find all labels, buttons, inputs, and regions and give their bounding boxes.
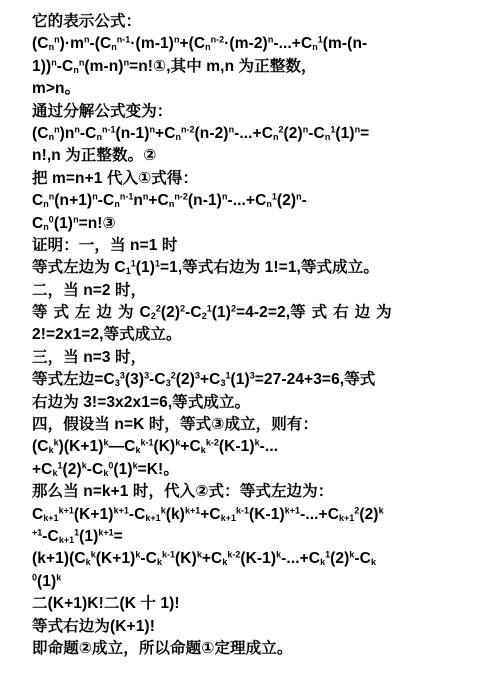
document-line-7: n!,n 为正整数。② [32,145,480,167]
superscript: k+1 [98,527,113,537]
superscript: n [150,124,156,134]
superscript: 1 [225,371,230,381]
document-line-11: 证明：一，当 n=1 时 [32,235,480,257]
superscript: n [296,192,302,202]
superscript: 2 [156,304,161,314]
superscript: 1 [330,124,335,134]
superscript: n [124,57,130,67]
document-line-18: 右边为 3!=3x2x1=6,等式成立。 [32,392,480,414]
superscript: 1 [155,259,160,269]
subscript: k+1 [43,513,58,523]
document-line-8: 把 m=n+1 代入①式得： [32,168,480,190]
superscript: 1 [325,550,330,560]
superscript: 0 [49,214,54,224]
document-line-3: 1))n-Cnn(m-n)n=n!①,其中 m,n 为正整数， [32,56,480,78]
document-line-1: 它的表示公式： [32,11,480,33]
superscript: 1 [57,460,62,470]
document-line-28: 等式右边为(K+1)! [32,616,480,638]
superscript: k [91,550,96,560]
superscript: n-2 [211,35,225,45]
document-line-29: 即命题②成立，所以命题①定理成立。 [32,638,480,660]
superscript: 2 [171,371,176,381]
superscript: 3 [195,371,200,381]
superscript: k [54,438,59,448]
superscript: k+1 [59,505,74,515]
document-line-24: +1-Ck+11(1)k+1= [32,526,480,548]
subscript: k [371,557,376,567]
document-line-6: (Cnn)nn-Cnn-1(n-1)n+Cnn-2(n-2)n-...+Cn2(… [32,123,480,145]
superscript: n-1 [117,35,131,45]
superscript: 1 [207,304,212,314]
superscript: n [84,35,90,45]
superscript: 1 [74,527,79,537]
superscript: n-1 [120,192,134,202]
superscript: k [276,550,281,560]
superscript: n [268,35,274,45]
superscript: 0 [108,460,113,470]
superscript: k-1 [140,438,153,448]
superscript: n-2 [174,192,188,202]
document-line-16: 三，当 n=3 时， [32,347,480,369]
superscript: k+1 [285,505,300,515]
superscript: n [79,57,85,67]
superscript: k [133,460,138,470]
document-line-20: (Ckk)(K+1)k—Ckk-1(K)k+Ckk-2(K-1)k-... [32,436,480,458]
document-line-2: (Cnn)·mn-(Cnn-1·(m-1)n+(Cnn-2·(m-2)n-...… [32,33,480,55]
superscript: n [54,124,60,134]
superscript: k [175,438,180,448]
superscript: k+1 [114,505,129,515]
superscript: n [174,35,180,45]
document-page: 它的表示公式：(Cnn)·mn-(Cnn-1·(m-1)n+(Cnn-2·(m-… [0,0,488,689]
document-line-19: 四，假设当 n=K 时，等式③成立，则有： [32,414,480,436]
superscript: n [49,192,55,202]
document-line-15: 2!=2x1=2,等式成立。 [32,324,480,346]
superscript: k [255,438,260,448]
subscript: k+1 [221,513,236,523]
document-line-26: 0(1)k [32,571,480,593]
document-line-23: Ck+1k+1(K+1)k+1-Ck+1k(k)k+1+Ck+1k-1(K-1)… [32,504,480,526]
subscript: k+1 [339,513,354,523]
superscript: n [143,192,149,202]
document-line-9: Cnn(n+1)n-Cnn-1nn+Cnn-2(n-1)n-...+Cn1(2)… [32,190,480,212]
document-line-14: 等 式 左 边 为 C22(2)2-C21(1)2=4-2=2,等 式 右 边 … [32,302,480,324]
superscript: n-1 [102,124,116,134]
superscript: n-2 [181,124,195,134]
superscript: k-1 [162,550,175,560]
subscript: k+1 [145,513,160,523]
superscript: k [104,438,109,448]
superscript: 1 [131,259,136,269]
superscript: 1 [318,35,323,45]
superscript: 2 [279,124,284,134]
document-line-13: 二，当 n=2 时， [32,280,480,302]
superscript: k-2 [227,550,240,560]
superscript: k [161,505,166,515]
document-line-17: 等式左边=C33(3)3-C32(2)3+C31(1)3=27-24+3=6,等… [32,369,480,391]
superscript: k [135,550,140,560]
superscript: n [51,57,57,67]
superscript: 3 [250,371,255,381]
subscript: k+1 [59,535,74,545]
superscript: n [355,124,361,134]
superscript: +1 [32,527,42,537]
superscript: n [73,214,79,224]
superscript: k [197,550,202,560]
superscript: 2 [231,304,236,314]
document-line-12: 等式左边为 C11(1)1=1,等式右边为 1!=1,等式成立。 [32,257,480,279]
superscript: k [379,505,384,515]
superscript: 3 [120,371,125,381]
document-line-25: (k+1)(Ckk(K+1)k-Ckk-1(K)k+Ckk-2(K-1)k-..… [32,548,480,570]
superscript: 1 [272,192,277,202]
document-line-21: +Ck1(2)k-Ck0(1)k=K!。 [32,459,480,481]
document-line-27: 二(K+1)K!二(K 十 1)! [32,593,480,615]
document-line-10: Cn0(1)n=n!③ [32,213,480,235]
document-line-22: 那么当 n=k+1 时，代入②式：等式左边为： [32,481,480,503]
superscript: k+1 [185,505,200,515]
superscript: k-1 [236,505,249,515]
superscript: n [229,124,235,134]
superscript: n [92,192,98,202]
superscript: k [82,460,87,470]
superscript: k [349,550,354,560]
superscript: n [74,124,80,134]
superscript: 2 [180,304,185,314]
superscript: k-2 [206,438,219,448]
document-line-4: m>n。 [32,78,480,100]
superscript: n [303,124,309,134]
superscript: 3 [144,371,149,381]
superscript: k [56,572,61,582]
document-line-5: 通过分解公式变为： [32,101,480,123]
superscript: n [222,192,228,202]
superscript: 2 [354,505,359,515]
superscript: n [54,35,60,45]
superscript: 0 [32,572,37,582]
document-body: 它的表示公式：(Cnn)·mn-(Cnn-1·(m-1)n+(Cnn-2·(m-… [32,11,480,660]
